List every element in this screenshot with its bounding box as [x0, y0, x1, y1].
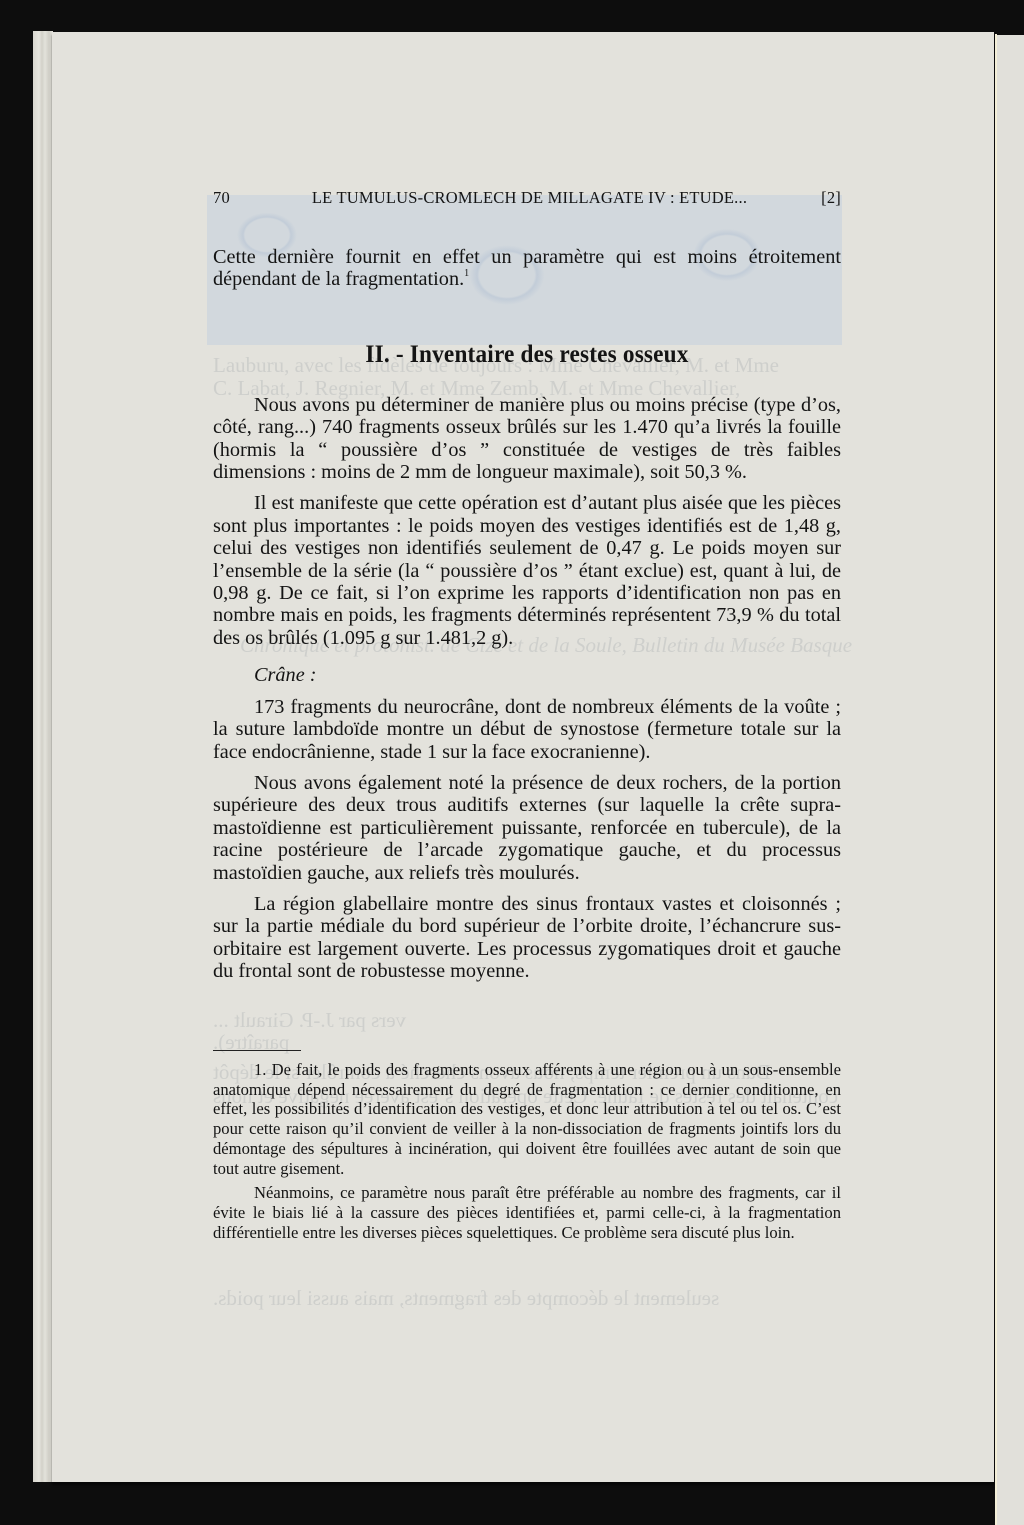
running-title: LE TUMULUS-CROMLECH DE MILLAGATE IV : ET…	[230, 188, 821, 208]
running-head: 70 LE TUMULUS-CROMLECH DE MILLAGATE IV :…	[213, 188, 841, 212]
footnote-marker[interactable]: 1	[464, 268, 469, 279]
opening-paragraph-text: Cette dernière fournit en effet un param…	[213, 246, 841, 290]
bleed-through-line: seulement le décompte des fragments, mai…	[213, 1286, 719, 1310]
footnote-rule	[213, 1050, 301, 1052]
facing-page-edge	[997, 35, 1024, 1525]
body-paragraph: 173 fragments du neurocrâne, dont de nom…	[213, 696, 841, 763]
body-paragraph: La région glabellaire montre des sinus f…	[213, 893, 841, 983]
opening-paragraph: Cette dernière fournit en effet un param…	[213, 246, 841, 291]
page-content: 70 LE TUMULUS-CROMLECH DE MILLAGATE IV :…	[213, 188, 841, 1242]
page-stack-edge	[33, 31, 53, 1482]
footnotes: 1. De fait, le poids des fragments osseu…	[213, 1060, 841, 1242]
section-heading: II. - Inventaire des restes osseux	[235, 341, 819, 369]
body-paragraph: Il est manifeste que cette opération est…	[213, 492, 841, 649]
footnote-continuation: Néanmoins, ce paramètre nous paraît être…	[213, 1183, 841, 1242]
page-number: 70	[213, 188, 230, 208]
body-paragraph: Nous avons également noté la présence de…	[213, 772, 841, 884]
subsection-heading: Crâne :	[213, 664, 841, 686]
body-paragraph: Nous avons pu déterminer de manière plus…	[213, 394, 841, 484]
section-ref: [2]	[821, 188, 841, 208]
footnote: 1. De fait, le poids des fragments osseu…	[213, 1060, 841, 1178]
